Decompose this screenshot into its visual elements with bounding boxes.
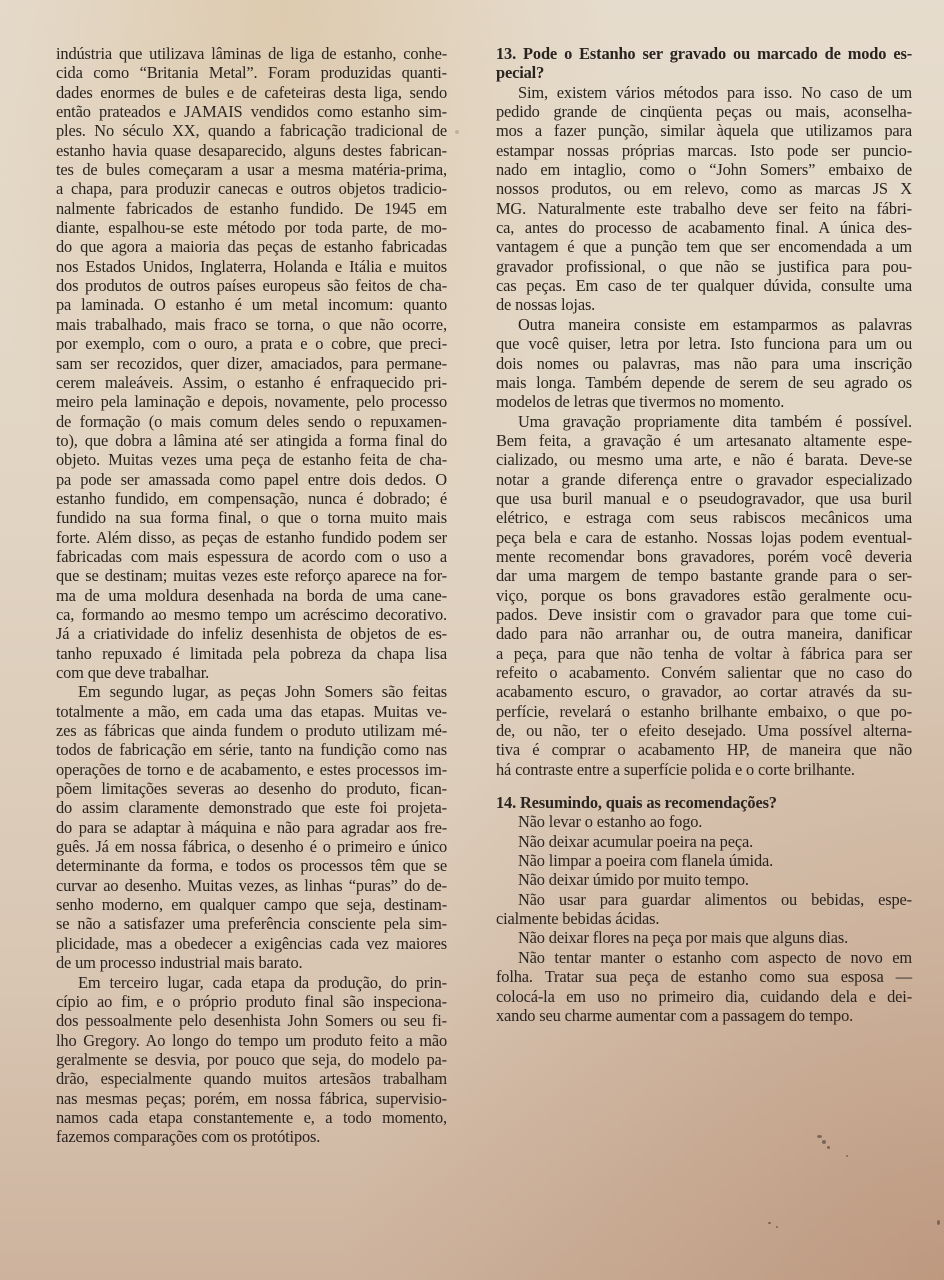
text-line: dado para não arranhar ou, de outra mane… [496, 624, 912, 643]
text-line: zes as fábricas que ainda fundem o produ… [56, 721, 447, 740]
text-line: nalmente fabricados de estanho fundido. … [56, 199, 447, 218]
text-line: ma de uma moldura desenhada na borda de … [56, 586, 447, 605]
text-line: dos produtos de outros países europeus s… [56, 276, 447, 295]
text-line: que se destinam; muitas vezes este refor… [56, 566, 447, 585]
paper-speck [937, 1220, 940, 1225]
text-line: objeto. Muitas vezes uma peça de estanho… [56, 450, 447, 469]
recommendation-item: Não levar o estanho ao fogo. [496, 812, 912, 831]
text-line: forte. Além disso, as peças de estanho f… [56, 528, 447, 547]
left-column: indústria que utilizava lâminas de liga … [56, 44, 447, 1147]
text-line: mos a fazer punção, similar àquela que u… [496, 121, 912, 140]
text-line: viço, porque os bons gravadores estão ge… [496, 586, 912, 605]
heading-line: pecial? [496, 63, 912, 82]
text-line: Não usar para guardar alimentos ou bebid… [496, 890, 912, 909]
text-line: namos cada etapa constantemente e, a tod… [56, 1108, 447, 1127]
text-line: ples. No século XX, quando a fabricação … [56, 121, 447, 140]
text-line: se não a satisfazer uma preferência cons… [56, 914, 447, 933]
text-line: to), que dobra a lâmina até ser atingida… [56, 431, 447, 450]
text-line: folha. Tratar sua peça de estanho como s… [496, 967, 912, 986]
section-14: 14. Resumindo, quais as recomendações? N… [496, 793, 912, 1025]
text-line: nas mesmas peças; porém, em nossa fábric… [56, 1089, 447, 1108]
section-13-heading: 13. Pode o Estanho ser gravado ou marcad… [496, 44, 912, 83]
text-line: de nossas lojas. [496, 295, 912, 314]
text-line: guês. Já em nossa fábrica, o desenho é o… [56, 837, 447, 856]
text-line: xando seu charme aumentar com a passagem… [496, 1006, 912, 1025]
heading-line: 13. Pode o Estanho ser gravado ou marcad… [496, 44, 912, 63]
text-line: pedido grande de cinqüenta peças ou mais… [496, 102, 912, 121]
text-line: cerem maleáveis. Assim, o estanho é enfr… [56, 373, 447, 392]
text-line: curvar ao desenho. Muitas vezes, as linh… [56, 876, 447, 895]
text-line: cípio ao fim, e o próprio produto final … [56, 992, 447, 1011]
text-line: drão, especialmente quando muitos artesã… [56, 1069, 447, 1088]
text-line: plicidade, mas a obedecer a exigências c… [56, 934, 447, 953]
text-line: pados. Deve insistir com o gravador para… [496, 605, 912, 624]
paper-speck [455, 130, 459, 134]
text-line: por exemplo, com o ouro, a prata e o cob… [56, 334, 447, 353]
paragraph-gravacao: Uma gravação propriamente dita também é … [496, 412, 912, 780]
text-line: então prateados e JAMAIS vendidos como e… [56, 102, 447, 121]
text-line: de um processo industrial mais barato. [56, 953, 447, 972]
text-line: elétrico, e estraga com seus rabiscos me… [496, 508, 912, 527]
text-line: do assim claramente demonstrado que este… [56, 798, 447, 817]
text-line: que usa buril manual e o pseudogravador,… [496, 489, 912, 508]
section-14-heading: 14. Resumindo, quais as recomendações? [496, 793, 912, 812]
paragraph-outra-maneira: Outra maneira consiste em estamparmos as… [496, 315, 912, 412]
text-line: senho moderno, em qualquer campo que sej… [56, 895, 447, 914]
text-line: Já a criatividade do infeliz desenhista … [56, 624, 447, 643]
recommendations-list: Não levar o estanho ao fogo.Não deixar a… [496, 812, 912, 1025]
text-line: estanho fundido, em compensação, nunca é… [56, 489, 447, 508]
text-line: Em segundo lugar, as peças John Somers s… [56, 682, 447, 701]
text-line: determinante da forma, e todos os proces… [56, 856, 447, 875]
text-line: Não limpar a poeira com flanela úmida. [496, 851, 912, 870]
right-column: 13. Pode o Estanho ser gravado ou marcad… [496, 44, 912, 1025]
text-line: lho Gregory. Ao longo do tempo um produt… [56, 1031, 447, 1050]
text-line: modelos de letras que tivermos no moment… [496, 392, 912, 411]
paper-speck [846, 1155, 848, 1157]
recommendation-item: Não limpar a poeira com flanela úmida. [496, 851, 912, 870]
text-line: vantagem é que a punção tem que ser enco… [496, 237, 912, 256]
recommendation-item: Não deixar flores na peça por mais que a… [496, 928, 912, 947]
text-line: fabricadas com mais espessura de acordo … [56, 547, 447, 566]
text-line: mente recomendar bons gravadores, porém … [496, 547, 912, 566]
paper-speck [776, 1226, 778, 1228]
paragraph-segundo-lugar: Em segundo lugar, as peças John Somers s… [56, 682, 447, 972]
text-line: tiva é comprar o acabamento HP, de manei… [496, 740, 912, 759]
recommendation-item: Não deixar acumular poeira na peça. [496, 832, 912, 851]
text-line: com que deve trabalhar. [56, 663, 447, 682]
text-line: estanho havia quase desaparecido, alguns… [56, 141, 447, 160]
text-line: Não tentar manter o estanho com aspecto … [496, 948, 912, 967]
text-line: do que agora a maioria das peças de esta… [56, 237, 447, 256]
text-line: meiro pela laminação e depois, novamente… [56, 392, 447, 411]
paper-speck [827, 1146, 830, 1149]
text-line: perfície, revelará o estanho brilhante e… [496, 702, 912, 721]
text-line: tes de bules começaram a usar a mesma ma… [56, 160, 447, 179]
section-gap [496, 779, 912, 793]
text-line: há contraste entre a superfície polida e… [496, 760, 912, 779]
text-line: tanho repuxado é limitada pela pobreza d… [56, 644, 447, 663]
text-line: indústria que utilizava lâminas de liga … [56, 44, 447, 63]
text-line: Sim, existem vários métodos para isso. N… [496, 83, 912, 102]
text-line: acabamento escuro, o gravador, ao cortar… [496, 682, 912, 701]
text-line: pa pode ser amassada como papel entre do… [56, 470, 447, 489]
paragraph-metodos: Sim, existem vários métodos para isso. N… [496, 83, 912, 315]
text-line: nado em intaglio, como o “John Somers” e… [496, 160, 912, 179]
text-line: cida como “Britania Metal”. Foram produz… [56, 63, 447, 82]
text-line: totalmente a mão, em cada uma das etapas… [56, 702, 447, 721]
text-line: MG. Naturalmente este trabalho deve ser … [496, 199, 912, 218]
text-line: põem limitações severas ao desenho do pr… [56, 779, 447, 798]
text-line: dar uma margem de tempo bastante grande … [496, 566, 912, 585]
text-line: Bem feita, a gravação é um artesanato al… [496, 431, 912, 450]
text-line: Outra maneira consiste em estamparmos as… [496, 315, 912, 334]
text-line: que você quiser, letra por letra. Isto f… [496, 334, 912, 353]
text-line: gravador profissional, o que não se just… [496, 257, 912, 276]
text-line: Não deixar acumular poeira na peça. [496, 832, 912, 851]
text-line: geralmente se desvia, por pouco que seja… [56, 1050, 447, 1069]
recommendation-item: Não usar para guardar alimentos ou bebid… [496, 890, 912, 929]
text-line: dos pessoalmente pelo desenhista John So… [56, 1011, 447, 1030]
text-line: Não levar o estanho ao fogo. [496, 812, 912, 831]
text-line: a chapa, para produzir canecas e outros … [56, 179, 447, 198]
text-line: pa laminada. O estanho é um metal incomu… [56, 295, 447, 314]
text-line: mais trabalhado, mais fraco se torna, o … [56, 315, 447, 334]
text-line: fazemos comparações com os protótipos. [56, 1127, 447, 1146]
text-line: dois nomes ou palavras, mas não para uma… [496, 354, 912, 373]
text-line: cialmente bebidas ácidas. [496, 909, 912, 928]
text-line: a peça, para que não tenha de voltar à f… [496, 644, 912, 663]
text-line: cas peças. Em caso de ter qualquer dúvid… [496, 276, 912, 295]
text-line: de formação (o mais comum deles sendo o … [56, 412, 447, 431]
text-line: Uma gravação propriamente dita também é … [496, 412, 912, 431]
text-line: ca, antes do processo de acabamento fina… [496, 218, 912, 237]
text-line: notar a grande diferença entre o gravado… [496, 470, 912, 489]
recommendation-item: Não deixar úmido por muito tempo. [496, 870, 912, 889]
text-line: estampar nossas próprias marcas. Isto po… [496, 141, 912, 160]
text-line: fundido na sua forma final, o que o torn… [56, 508, 447, 527]
paragraph-britania: indústria que utilizava lâminas de liga … [56, 44, 447, 682]
text-line: sam ser recozidos, quer dizer, amaciados… [56, 354, 447, 373]
text-line: Não deixar úmido por muito tempo. [496, 870, 912, 889]
text-line: nossos produtos, ou em relevo, como as m… [496, 179, 912, 198]
paragraph-terceiro-lugar: Em terceiro lugar, cada etapa da produçã… [56, 973, 447, 1147]
paper-speck [822, 1140, 826, 1144]
text-line: diante, espalhou-se este método por toda… [56, 218, 447, 237]
text-line: dades enormes de bules e de cafeteiras d… [56, 83, 447, 102]
paper-speck [817, 1135, 822, 1138]
section-13: 13. Pode o Estanho ser gravado ou marcad… [496, 44, 912, 779]
text-line: de, ou não, ter o efeito desejado. Uma p… [496, 721, 912, 740]
text-line: Em terceiro lugar, cada etapa da produçã… [56, 973, 447, 992]
text-line: nos Estados Unidos, Inglaterra, Holanda … [56, 257, 447, 276]
text-line: cializado, ou mesmo uma arte, e não é ba… [496, 450, 912, 469]
recommendation-item: Não tentar manter o estanho com aspecto … [496, 948, 912, 1025]
text-line: peça bela e cara de estanho. Nossas loja… [496, 528, 912, 547]
text-line: mais longa. Também depende de serem de s… [496, 373, 912, 392]
text-line: refeito o acabamento. Convém salientar q… [496, 663, 912, 682]
text-line: Não deixar flores na peça por mais que a… [496, 928, 912, 947]
text-line: colocá-la em uso no primeiro dia, cuidan… [496, 987, 912, 1006]
paper-speck [768, 1222, 771, 1224]
text-line: do para se adaptar à máquina e não para … [56, 818, 447, 837]
text-line: ca, formando ao mesmo tempo um acréscimo… [56, 605, 447, 624]
text-line: operações de torno e de acabamento, e es… [56, 760, 447, 779]
text-line: todos de fabricação em série, tanto na f… [56, 740, 447, 759]
